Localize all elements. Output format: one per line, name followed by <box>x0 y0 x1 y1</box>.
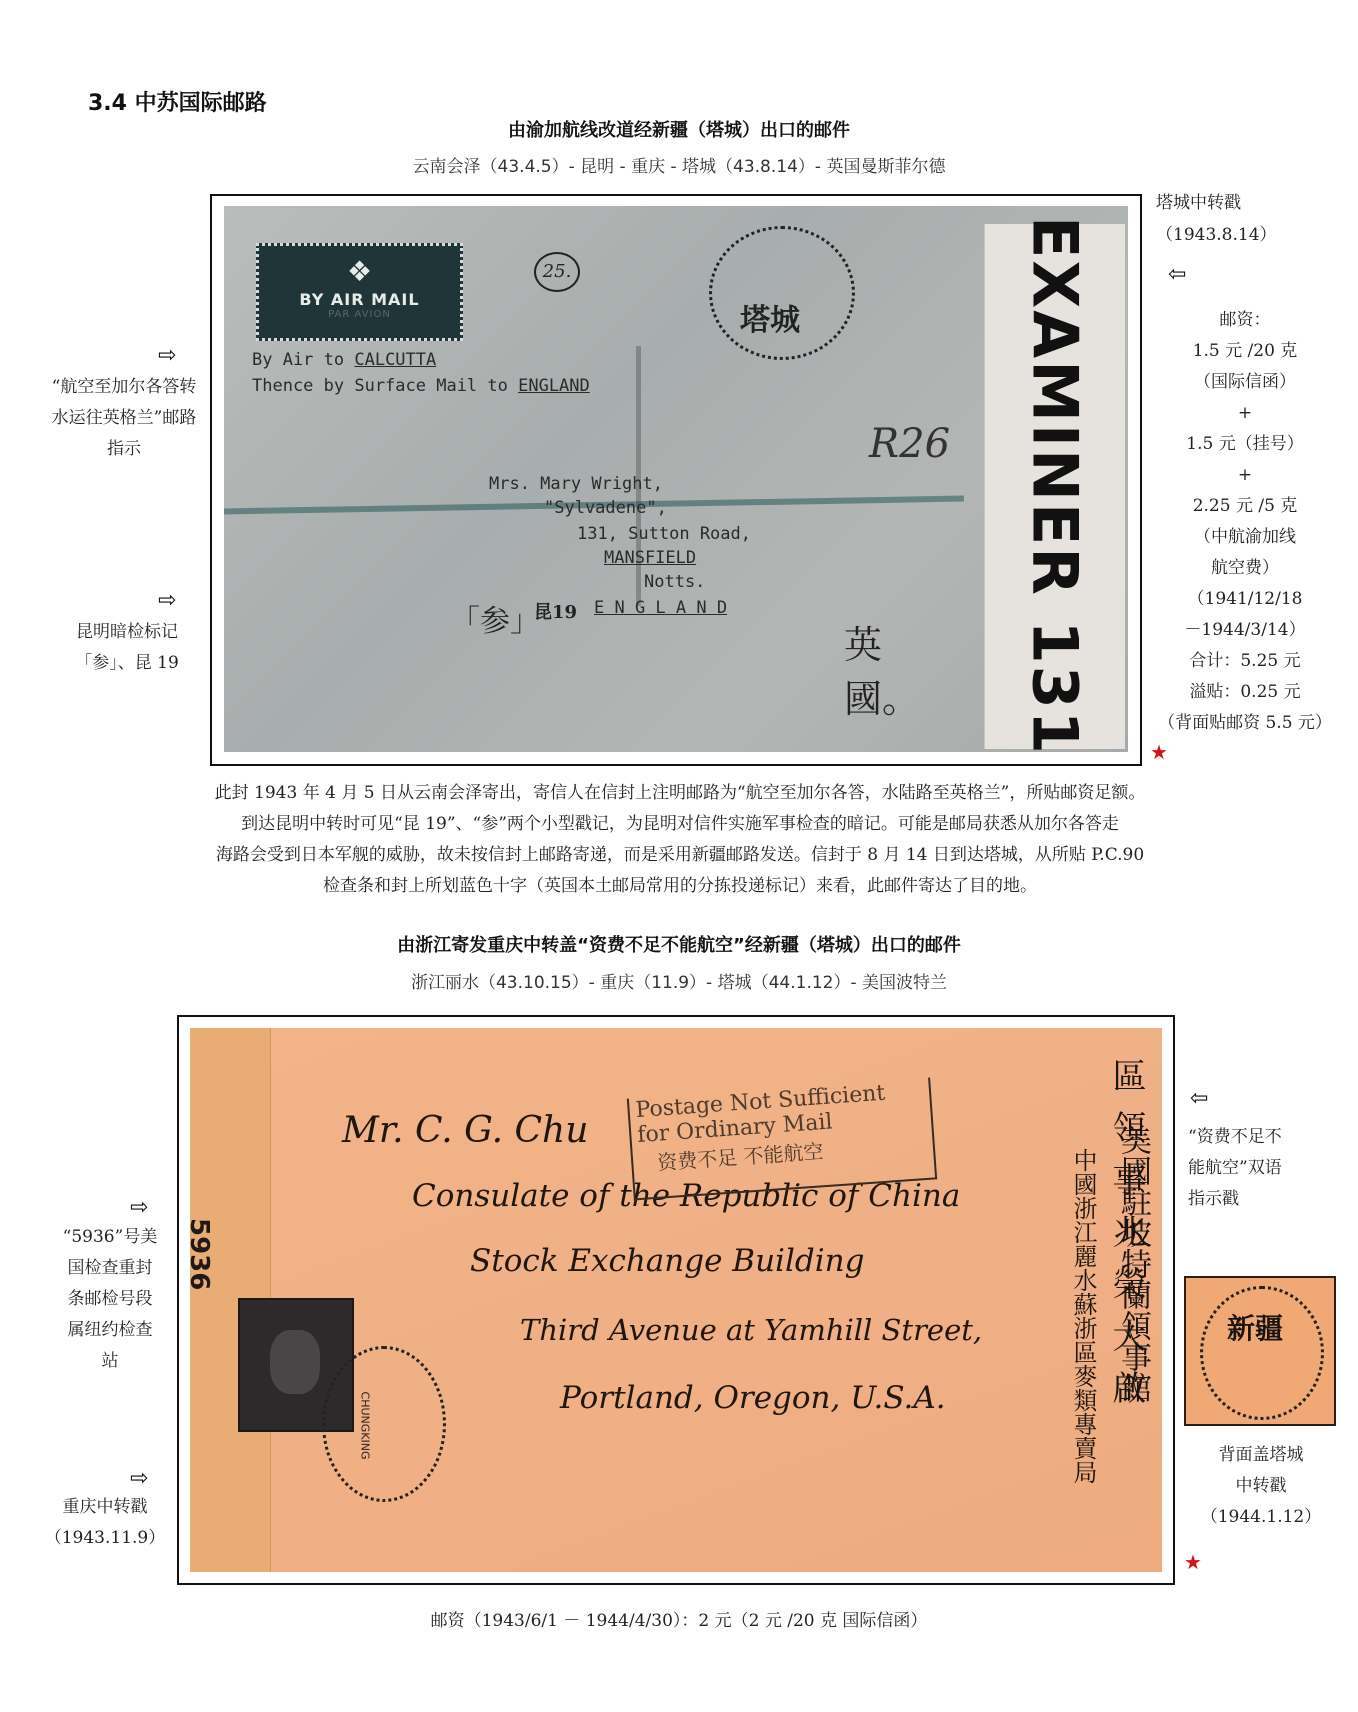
par-avion-text: PAR AVION <box>259 309 460 320</box>
registration-mark: R26 <box>869 421 950 467</box>
airmail-label: ❖ BY AIR MAIL PAR AVION <box>256 243 463 341</box>
postage-calculation: 邮资： 1.5 元 /20 克 （国际信函） + 1.5 元（挂号） + 2.2… <box>1150 305 1340 739</box>
address-line: Portland, Oregon, U.S.A. <box>560 1380 946 1416</box>
inset-caption: 背面盖塔城 中转戳 （1944.1.12） <box>1196 1440 1326 1533</box>
cover1-description: 此封 1943 年 4 月 5 日从云南会泽寄出，寄信人在信封上注明邮路为“航空… <box>100 778 1260 902</box>
cover1-route: 云南会泽（43.4.5）- 昆明 - 重庆 - 塔城（43.8.14）- 英国曼… <box>0 152 1358 177</box>
cover1-heading: 由渝加航线改道经新疆（塔城）出口的邮件 <box>0 116 1358 142</box>
routing-line-2: Thence by Surface Mail to ENGLAND <box>252 376 590 396</box>
arrow-left-icon: ⇦ <box>1168 264 1186 286</box>
cover2-heading: 由浙江寄发重庆中转盖“资费不足不能航空”经新疆（塔城）出口的邮件 <box>0 931 1358 957</box>
recipient-name: Mr. C. G. Chu <box>342 1110 588 1151</box>
tacheng-backstamp-inset: 新疆 <box>1184 1276 1336 1426</box>
destination-chinese: 國。 <box>844 668 920 723</box>
censor-mark-can: 「参」 <box>450 596 540 640</box>
kunming-censor-note: 昆明暗检标记「参」、昆 19 <box>52 617 202 679</box>
section-title: 3.4 中苏国际邮路 <box>88 86 267 117</box>
transit-note-title: 塔城中转戳 <box>1156 188 1296 219</box>
address-line: E N G L A N D <box>594 598 727 618</box>
tape-number: 5936 <box>190 1218 214 1290</box>
transit-note-date: （1943.8.14） <box>1156 220 1296 251</box>
address-line: Third Avenue at Yamhill Street, <box>520 1313 982 1347</box>
address-line: Mrs. Mary Wright, <box>489 474 663 494</box>
cover1-envelope-image: ❖ BY AIR MAIL PAR AVION By Air to CALCUT… <box>224 206 1128 752</box>
address-line: Notts. <box>644 572 705 592</box>
routing-line-1: By Air to CALCUTTA <box>252 350 436 370</box>
arrow-right-icon: ⇨ <box>158 345 176 367</box>
address-line: 131, Sutton Road, <box>577 524 751 544</box>
address-line: Stock Exchange Building <box>470 1243 864 1279</box>
chongqing-postmark: CHUNGKING <box>322 1346 446 1502</box>
address-line: "Sylvadene", <box>544 498 667 518</box>
arrow-right-icon: ⇨ <box>130 1468 148 1490</box>
postage-not-sufficient-stamp: Postage Not Sufficient for Ordinary Mail… <box>627 1078 937 1201</box>
star-icon: ★ <box>1150 740 1168 764</box>
vertical-recipient-consulate: 美國駐坡特蘭領事館 <box>1122 1124 1156 1544</box>
cover2-postage-footer: 邮资（1943/6/1 － 1944/4/30）：2 元（2 元 /20 克 国… <box>0 1606 1358 1631</box>
destination-chinese: 英 <box>844 614 882 669</box>
circled-number-mark: 25. <box>534 252 580 292</box>
cover2-envelope-image: 5936 CHUNGKING Mr. C. G. Chu Consulate o… <box>190 1028 1162 1572</box>
wing-icon: ❖ <box>259 254 460 290</box>
chongqing-transit-note: 重庆中转戳（1943.11.9） <box>42 1492 168 1554</box>
arrow-left-icon: ⇦ <box>1190 1088 1208 1110</box>
censor-tape-note: “5936”号美国检查重封条邮检号段属纽约检查站 <box>60 1222 160 1377</box>
address-line: MANSFIELD <box>604 548 696 568</box>
censor-mark-kun19: 昆19 <box>534 598 577 624</box>
arrow-right-icon: ⇨ <box>130 1197 148 1219</box>
routing-note: “航空至加尔各答转水运往英格兰”邮路指示 <box>44 372 204 465</box>
star-icon: ★ <box>1184 1550 1202 1574</box>
bilingual-stamp-note: “资费不足不能航空”双语指示戳 <box>1188 1122 1298 1215</box>
tacheng-postmark: 塔城 <box>709 226 855 360</box>
airmail-text: BY AIR MAIL <box>259 290 460 309</box>
cover2-route: 浙江丽水（43.10.15）- 重庆（11.9）- 塔城（44.1.12）- 美… <box>0 968 1358 993</box>
xinjiang-postmark: 新疆 <box>1200 1286 1324 1420</box>
examiner-censor-label: EXAMINER 131 <box>984 224 1125 749</box>
arrow-right-icon: ⇨ <box>158 590 176 612</box>
vertical-sender-address: 中國浙江麗水蘇浙區麥類專賣局 <box>1066 1148 1101 1568</box>
